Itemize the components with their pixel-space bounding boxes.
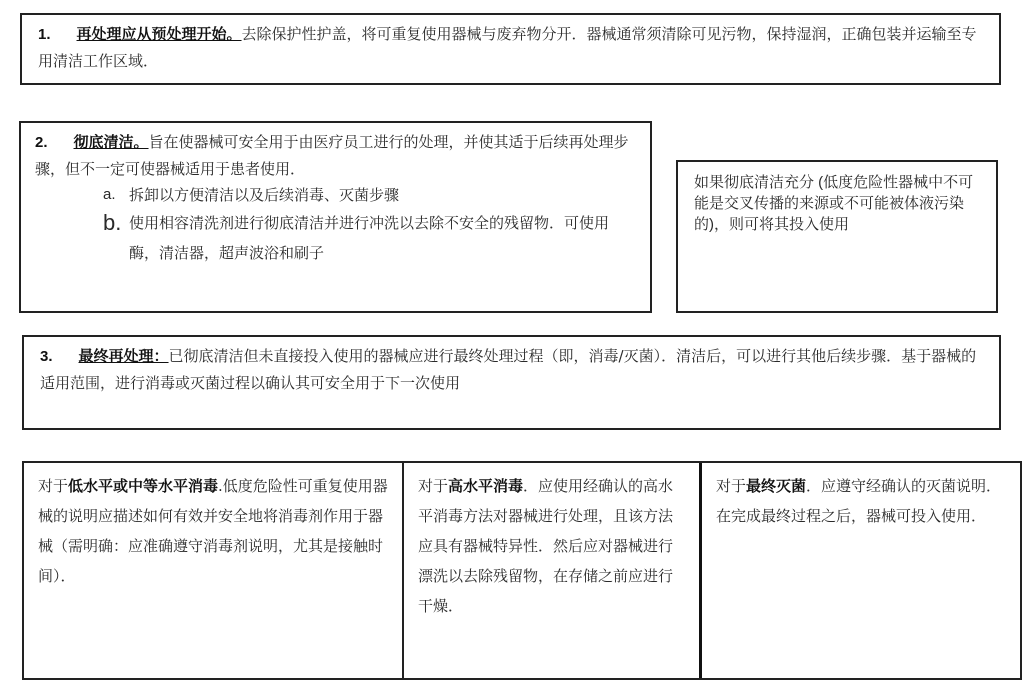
substep-b: b. 使用相容清洗剂进行彻底清洁并进行冲洗以去除不安全的残留物．可使用酶，清洁器… xyxy=(103,208,636,268)
side-note-text: 如果彻底清洁充分 (低度危险性器械中不可能是交叉传播的来源或不可能被体液污染的)… xyxy=(694,174,973,233)
substep-a: a. 拆卸以方便清洁以及后续消毒、灭菌步骤 xyxy=(103,182,636,208)
step-body: 已彻底清洁但未直接投入使用的器械应进行最终处理过程（即，消毒/灭菌）．清洁后，可… xyxy=(40,347,976,392)
step-2-cleaning-box: 2.彻底清洁。旨在使器械可安全用于由医疗员工进行的处理，并使其适于后续再处理步骤… xyxy=(19,121,652,313)
step-1-preprocessing-box: 1.再处理应从预处理开始。去除保护性护盖，将可重复使用器械与废弃物分开．器械通常… xyxy=(20,13,1001,85)
option-text: ．应使用经确认的高水平消毒方法对器械进行处理，且该方法应具有器械特异性．然后应对… xyxy=(418,477,673,615)
step-number: 2. xyxy=(35,134,48,151)
option-high-level-disinfection: 对于高水平消毒．应使用经确认的高水平消毒方法对器械进行处理，且该方法应具有器械特… xyxy=(404,463,702,678)
step-3-final-reprocessing-box: 3.最终再处理：已彻底清洁但未直接投入使用的器械应进行最终处理过程（即，消毒/灭… xyxy=(22,335,1001,430)
substep-text: 拆卸以方便清洁以及后续消毒、灭菌步骤 xyxy=(129,182,399,208)
option-title: 高水平消毒 xyxy=(448,477,523,495)
step-heading: 彻底清洁。 xyxy=(74,133,149,151)
option-low-intermediate-disinfection: 对于低水平或中等水平消毒.低度危险性可重复使用器械的说明应描述如何有效并安全地将… xyxy=(24,463,404,678)
option-title: 低水平或中等水平消毒 xyxy=(68,477,218,495)
option-terminal-sterilization: 对于最终灭菌．应遵守经确认的灭菌说明．在完成最终过程之后，器械可投入使用． xyxy=(702,463,1020,678)
step-number: 3. xyxy=(40,348,53,365)
substep-label: a. xyxy=(103,182,129,208)
substep-label: b. xyxy=(103,208,129,268)
option-prefix: 对于 xyxy=(38,477,68,495)
option-prefix: 对于 xyxy=(418,477,448,495)
option-title: 最终灭菌 xyxy=(746,477,806,495)
side-note-box: 如果彻底清洁充分 (低度危险性器械中不可能是交叉传播的来源或不可能被体液污染的)… xyxy=(676,160,998,313)
final-process-options-row: 对于低水平或中等水平消毒.低度危险性可重复使用器械的说明应描述如何有效并安全地将… xyxy=(22,461,1022,680)
option-prefix: 对于 xyxy=(716,477,746,495)
step-heading: 再处理应从预处理开始。 xyxy=(77,25,242,43)
step-heading: 最终再处理： xyxy=(79,347,169,365)
step-number: 1. xyxy=(38,26,51,43)
substep-text: 使用相容清洗剂进行彻底清洁并进行冲洗以去除不安全的残留物．可使用酶，清洁器，超声… xyxy=(129,208,636,268)
